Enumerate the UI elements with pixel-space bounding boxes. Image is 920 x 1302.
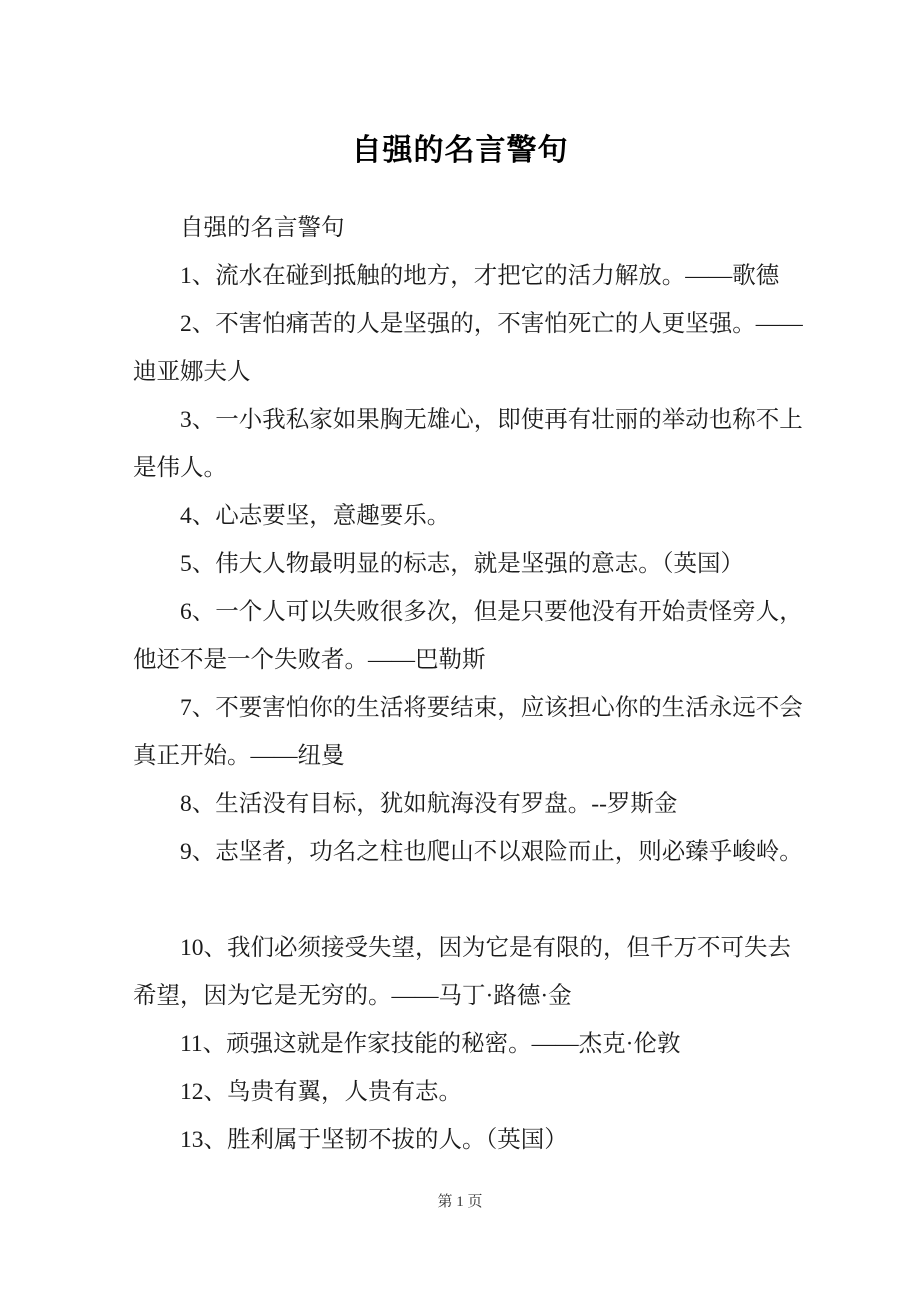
- document-page: 自强的名言警句 自强的名言警句 1、流水在碰到抵触的地方，才把它的活力解放。——…: [0, 0, 920, 1302]
- paragraph: 10、我们必须接受失望，因为它是有限的，但千万不可失去希望，因为它是无穷的。——…: [133, 924, 804, 1020]
- paragraph: 4、心志要坚，意趣要乐。: [133, 492, 804, 540]
- page-number-label: 第 1 页: [437, 1194, 482, 1210]
- paragraph: [133, 876, 804, 924]
- paragraph: 7、不要害怕你的生活将要结束，应该担心你的生活永远不会真正开始。——纽曼: [133, 684, 804, 780]
- document-body: 自强的名言警句 1、流水在碰到抵触的地方，才把它的活力解放。——歌德 2、不害怕…: [133, 204, 804, 1164]
- paragraph: 1、流水在碰到抵触的地方，才把它的活力解放。——歌德: [133, 252, 804, 300]
- paragraph: 6、一个人可以失败很多次，但是只要他没有开始责怪旁人，他还不是一个失败者。——巴…: [133, 588, 804, 684]
- paragraph: 11、顽强这就是作家技能的秘密。——杰克·伦敦: [133, 1020, 804, 1068]
- paragraph: 5、伟大人物最明显的标志，就是坚强的意志。（英国）: [133, 540, 804, 588]
- paragraph: 9、志坚者，功名之柱也爬山不以艰险而止，则必臻乎峻岭。: [133, 828, 804, 876]
- paragraph: 12、鸟贵有翼，人贵有志。: [133, 1068, 804, 1116]
- page-footer: 第 1 页: [0, 1190, 920, 1211]
- paragraph: 自强的名言警句: [133, 204, 804, 252]
- paragraph: 3、一小我私家如果胸无雄心，即使再有壮丽的举动也称不上是伟人。: [133, 396, 804, 492]
- paragraph: 13、胜利属于坚韧不拔的人。（英国）: [133, 1116, 804, 1164]
- document-title: 自强的名言警句: [0, 128, 920, 174]
- paragraph: 2、不害怕痛苦的人是坚强的，不害怕死亡的人更坚强。——迪亚娜夫人: [133, 300, 804, 396]
- paragraph: 8、生活没有目标，犹如航海没有罗盘。--罗斯金: [133, 780, 804, 828]
